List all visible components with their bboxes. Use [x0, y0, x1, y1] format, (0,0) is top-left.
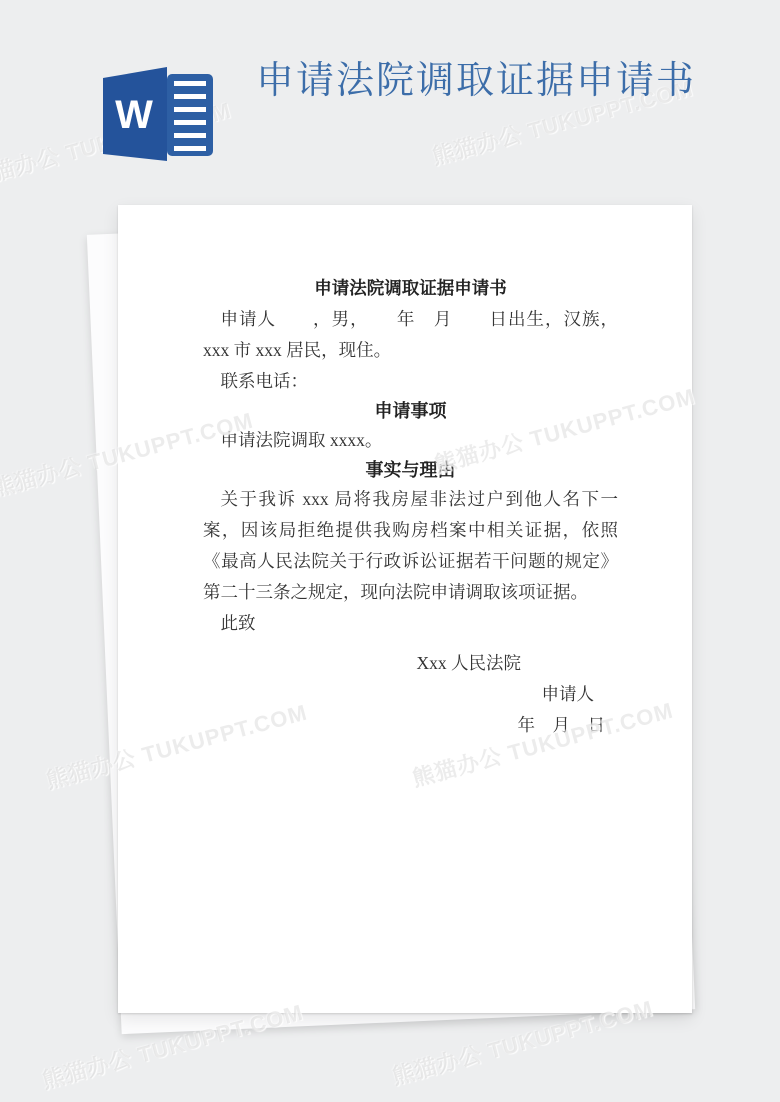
paragraph-facts-body: 关于我诉 xxx 局将我房屋非法过户到他人名下一案，因该局拒绝提供我购房档案中相…: [203, 484, 618, 608]
paragraph-contact: 联系电话：: [203, 366, 618, 397]
paragraph-applicant: 申请人 ，男， 年 月 日出生，汉族，xxx 市 xxx 居民，现住。: [203, 304, 618, 366]
word-icon-letter: W: [115, 93, 153, 137]
document-sheet: 申请法院调取证据申请书 申请人 ，男， 年 月 日出生，汉族，xxx 市 xxx…: [118, 205, 692, 1013]
paragraph-closing: 此致: [203, 608, 618, 639]
template-preview-page: W 申请法院调取证据申请书 申请法院调取证据申请书 申请人 ，男， 年 月 日出…: [0, 0, 780, 1102]
paragraph-date: 年 月 日: [203, 710, 618, 741]
paragraph-request-body: 申请法院调取 xxxx。: [203, 425, 618, 456]
word-file-icon: W: [103, 64, 215, 164]
word-document-shape: [167, 74, 213, 156]
paragraph-signature: 申请人: [203, 679, 618, 710]
document-title: 申请法院调取证据申请书: [203, 273, 618, 304]
section-heading-facts: 事实与理由: [203, 456, 618, 484]
section-heading-request: 申请事项: [203, 397, 618, 425]
paragraph-court: Xxx 人民法院: [203, 648, 618, 679]
page-title: 申请法院调取证据申请书: [256, 57, 698, 105]
